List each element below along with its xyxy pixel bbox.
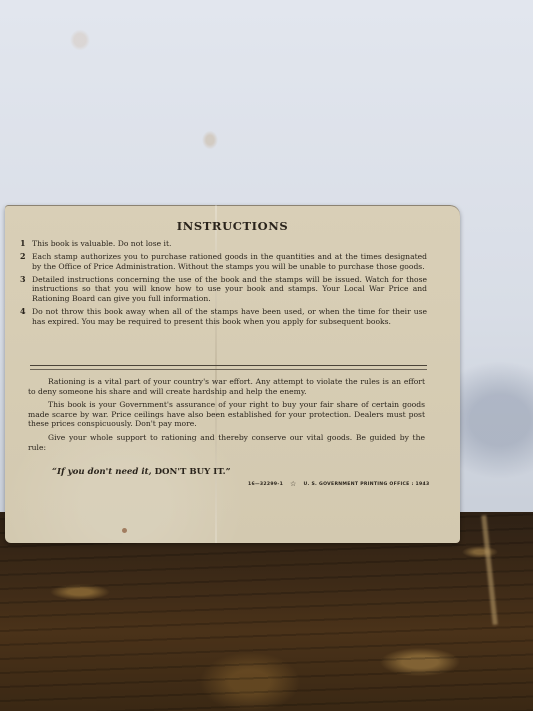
instruction-text: Each stamp authorizes you to purchase ra… bbox=[32, 252, 427, 271]
instruction-item: 4 Do not throw this book away when all o… bbox=[32, 307, 427, 326]
instruction-item: 1 This book is valuable. Do not lose it. bbox=[32, 239, 427, 249]
printer-name: U. S. GOVERNMENT PRINTING OFFICE : 1943 bbox=[303, 482, 429, 487]
star-icon: ☆ bbox=[290, 480, 297, 488]
instruction-item: 3 Detailed instructions concerning the u… bbox=[32, 275, 427, 304]
instruction-number: 4 bbox=[20, 307, 26, 317]
slogan: “If you don't need it, DON'T BUY IT.” bbox=[52, 467, 231, 477]
ration-book-cover: INSTRUCTIONS 1 This book is valuable. Do… bbox=[5, 205, 460, 543]
message-paragraph: Give your whole support to rationing and… bbox=[28, 433, 425, 452]
instruction-number: 1 bbox=[20, 239, 26, 249]
instruction-text: This book is valuable. Do not lose it. bbox=[32, 239, 171, 248]
double-rule-divider bbox=[30, 365, 427, 370]
instruction-number: 2 bbox=[20, 252, 26, 262]
printer-imprint: 16—32299-1 ☆ U. S. GOVERNMENT PRINTING O… bbox=[248, 480, 430, 488]
instruction-text: Do not throw this book away when all of … bbox=[32, 307, 427, 326]
message-paragraph: Rationing is a vital part of your countr… bbox=[28, 377, 425, 396]
instruction-text: Detailed instructions concerning the use… bbox=[32, 275, 427, 303]
stain-spot bbox=[122, 528, 127, 533]
instruction-item: 2 Each stamp authorizes you to purchase … bbox=[32, 252, 427, 271]
slogan-italic: “If you don't need it, bbox=[52, 467, 152, 477]
instructions-title: INSTRUCTIONS bbox=[5, 219, 460, 233]
instruction-number: 3 bbox=[20, 275, 26, 285]
message-paragraph: This book is your Government's assurance… bbox=[28, 400, 425, 429]
slogan-caps: DON'T BUY IT.” bbox=[152, 467, 231, 477]
form-number: 16—32299-1 bbox=[248, 482, 283, 487]
instructions-list: 1 This book is valuable. Do not lose it.… bbox=[32, 239, 427, 330]
rationing-message: Rationing is a vital part of your countr… bbox=[28, 377, 425, 456]
